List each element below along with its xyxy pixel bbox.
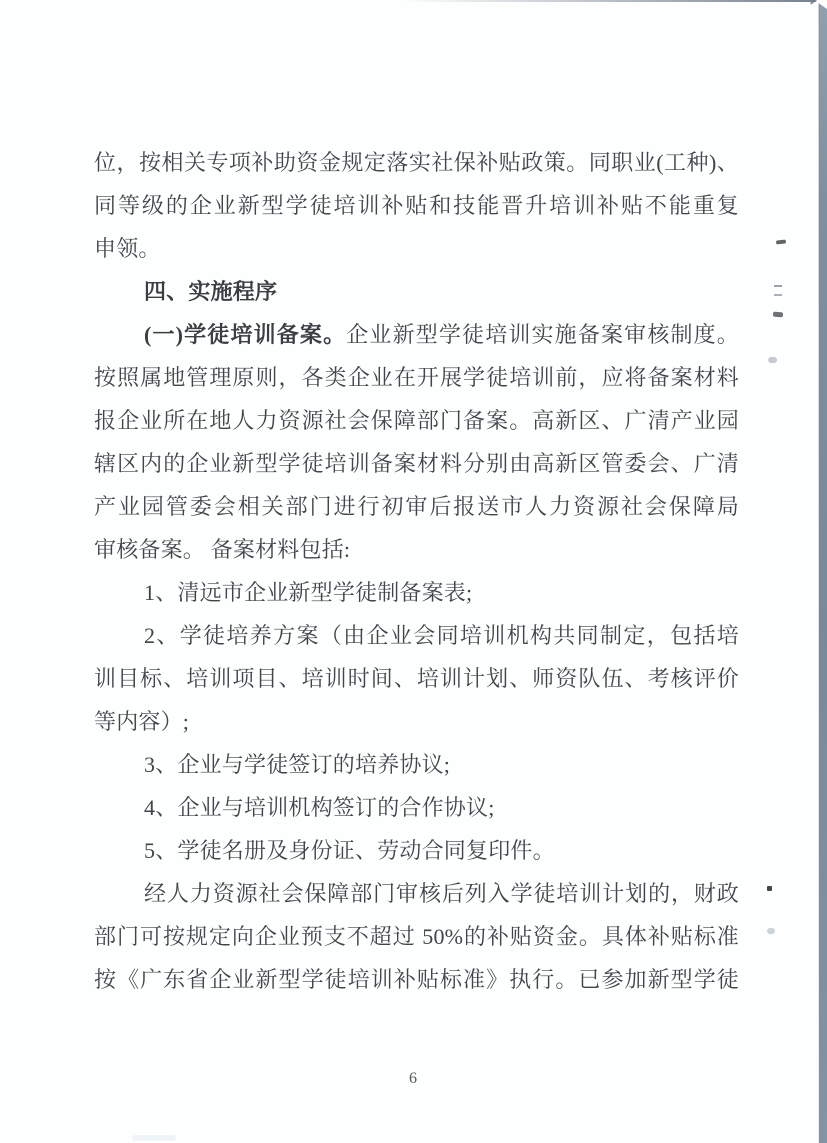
body-text: 企业新型学徒培训实施备案审核制度。 <box>346 322 739 347</box>
scan-top-edge-line <box>400 0 822 2</box>
text-line: 经人力资源社会保障部门审核后列入学徒培训计划的，财政 <box>94 872 739 915</box>
text-line: 部门可按规定向企业预支不超过 50%的补贴资金。具体补贴标准 <box>94 915 739 958</box>
list-item-2: 2、学徒培养方案（由企业会同培训机构共同制定，包括培训目标、培训项目、培训时间、… <box>94 614 739 743</box>
text-line: 位，按相关专项补助资金规定落实社保补贴政策。同职业(工种)、 <box>94 141 739 184</box>
text-line: 按照属地管理原则，各类企业在开展学徒培训前，应将备案材料 <box>94 356 739 399</box>
paragraph-continued: 位，按相关专项补助资金规定落实社保补贴政策。同职业(工种)、同等级的企业新型学徒… <box>94 141 739 270</box>
text-line: 申领。 <box>94 227 739 270</box>
margin-ink-mark <box>774 285 782 296</box>
paragraph-subsidy: 经人力资源社会保障部门审核后列入学徒培训计划的，财政部门可按规定向企业预支不超过… <box>94 872 739 1001</box>
text-line: 等内容）; <box>94 700 739 743</box>
text-line: 3、企业与学徒签订的培养协议; <box>94 743 739 786</box>
margin-ink-mark <box>773 312 783 318</box>
text-block: 位，按相关专项补助资金规定落实社保补贴政策。同职业(工种)、同等级的企业新型学徒… <box>94 141 739 1001</box>
text-line: 辖区内的企业新型学徒培训备案材料分别由高新区管委会、广清 <box>94 442 739 485</box>
text-line: 训目标、培训项目、培训时间、培训计划、师资队伍、考核评价 <box>94 657 739 700</box>
list-item-3: 3、企业与学徒签订的培养协议; <box>94 743 739 786</box>
text-line: (一)学徒培训备案。企业新型学徒培训实施备案审核制度。 <box>94 313 739 356</box>
list-item-4: 4、企业与培训机构签订的合作协议; <box>94 786 739 829</box>
scanner-edge-strip <box>819 0 827 1143</box>
margin-ink-mark <box>776 239 786 244</box>
text-line: 审核备案。 备案材料包括: <box>94 528 739 571</box>
margin-ink-mark <box>767 928 775 934</box>
text-line: 2、学徒培养方案（由企业会同培训机构共同制定，包括培 <box>94 614 739 657</box>
list-item-1: 1、清远市企业新型学徒制备案表; <box>94 571 739 614</box>
text-line: 4、企业与培训机构签订的合作协议; <box>94 786 739 829</box>
text-line: 产业园管委会相关部门进行初审后报送市人力资源社会保障局 <box>94 485 739 528</box>
margin-ink-mark <box>767 886 772 891</box>
text-line: 报企业所在地人力资源社会保障部门备案。高新区、广清产业园 <box>94 399 739 442</box>
page-number: 6 <box>0 1070 827 1088</box>
text-line: 1、清远市企业新型学徒制备案表; <box>94 571 739 614</box>
text-line: 5、学徒名册及身份证、劳动合同复印件。 <box>94 829 739 872</box>
scanned-document-page: 位，按相关专项补助资金规定落实社保补贴政策。同职业(工种)、同等级的企业新型学徒… <box>0 0 827 1143</box>
text-line: 按《广东省企业新型学徒培训补贴标准》执行。已参加新型学徒 <box>94 958 739 1001</box>
text-line: 四、实施程序 <box>94 270 739 313</box>
text-line: 同等级的企业新型学徒培训补贴和技能晋升培训补贴不能重复 <box>94 184 739 227</box>
paragraph-filing: (一)学徒培训备案。企业新型学徒培训实施备案审核制度。按照属地管理原则，各类企业… <box>94 313 739 571</box>
margin-ink-mark <box>768 357 777 363</box>
section-heading: 四、实施程序 <box>94 270 739 313</box>
scanner-edge-shadow <box>818 0 820 1143</box>
list-item-5: 5、学徒名册及身份证、劳动合同复印件。 <box>94 829 739 872</box>
scan-corner-notch <box>814 0 827 9</box>
bold-lead-text: (一)学徒培训备案。 <box>144 322 346 347</box>
scan-smudge <box>132 1135 176 1141</box>
